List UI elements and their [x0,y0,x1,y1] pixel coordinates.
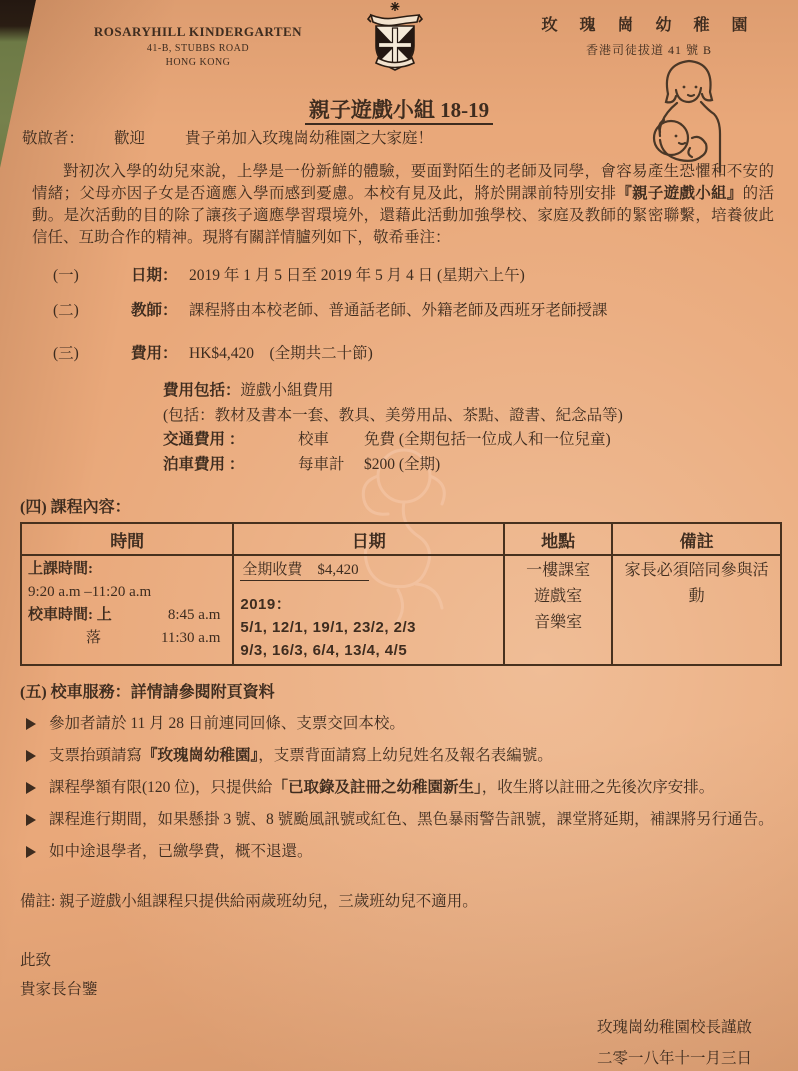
section5-heading: (五) 校車服務：詳情請參閱附頁資料 [20,679,782,702]
bullet-item: 如中途退學者，已繳學費，概不退還。 [20,839,782,864]
header-date: 日期 [233,523,504,555]
cell-remark: 家長必須陪同參與活動 [612,555,781,665]
item-number: (二) [53,301,131,321]
date-row-2: 9/3, 16/3, 6/4, 13/4, 4/5 [240,639,497,662]
arrowhead-icon [26,718,36,730]
salutation-prefix: 敬啟者： [22,130,84,147]
fee-transport-line: 交通費用 ： 校車 免費 (全期包括一位成人和一位兒童) [163,428,782,453]
venue-3: 音樂室 [511,610,605,636]
date-row-1: 5/1, 12/1, 19/1, 23/2, 2/3 [240,616,497,639]
item-number: (三) [53,344,131,364]
cell-date: 全期收費 $4,420 2019： 5/1, 12/1, 19/1, 23/2,… [233,555,504,665]
fee-parking-line: 泊車費用 ： 每車計 $200 (全期) [163,453,782,478]
remark-note-label: 備註: [20,893,55,910]
salutation-welcome: 歡迎 [114,130,145,147]
item-fee: (三) 費用： HK$4,420 (全期共二十節) [20,344,782,364]
bullet-item: 課程進行期間，如果懸掛 3 號、8 號颱風訊號或紅色、黑色暴雨警告訊號，課堂將延… [20,807,782,832]
bullet-list: 參加者請於 11 月 28 日前連同回條、支票交回本校。 支票抬頭請寫『玫瑰崗幼… [20,711,782,864]
fee-transport-item: 校車 [298,428,364,453]
numbered-items: (一) 日期： 2019 年 1 月 5 日至 2019 年 5 月 4 日 (… [20,266,782,364]
school-name-en: ROSARYHILL KINDERGARTEN [78,24,318,40]
intro-bold: 『親子遊戲小組』 [616,185,742,202]
bus-time-down: 落 11:30 a.m [28,627,226,650]
venue-1: 一樓課室 [511,558,605,584]
date-year: 2019： [240,593,497,616]
item-text: HK$4,420 (全期共二十節) [189,344,373,364]
arrowhead-icon [26,846,36,858]
letterhead-english: ROSARYHILL KINDERGARTEN 41-B, STUBBS ROA… [78,24,318,68]
section4-heading: (四) 課程內容： [20,494,782,517]
header-venue: 地點 [504,523,612,555]
arrowhead-icon [26,782,36,794]
fee-include-value: 遊戲小組費用 [241,379,334,404]
fee-parking-item: 每車計 [298,453,364,478]
course-table: 時間 日期 地點 備註 上課時間: 9:20 a.m –11:20 a.m 校車… [20,522,782,666]
item-number: (一) [53,266,131,286]
item-label: 費用： [131,344,189,364]
photo-of-letter: ROSARYHILL KINDERGARTEN 41-B, STUBBS ROA… [0,0,798,1071]
fee-transport-label: 交通費用 ： [163,428,298,453]
fee-parking-label: 泊車費用 ： [163,453,298,478]
cell-venue: 一樓課室 遊戲室 音樂室 [504,555,612,665]
header-time: 時間 [21,523,233,555]
class-time-label: 上課時間: [28,558,226,581]
letterhead-chinese: 玫 瑰 崗 幼 稚 園 香港司徒拔道 41 號 B [534,12,764,58]
page-title: 親子遊戲小組 18-19 [0,94,798,124]
item-date: (一) 日期： 2019 年 1 月 5 日至 2019 年 5 月 4 日 (… [20,266,782,286]
school-address-en-1: 41-B, STUBBS ROAD [78,43,318,54]
header-remark: 備註 [612,523,781,555]
course-table-row: 上課時間: 9:20 a.m –11:20 a.m 校車時間: 上 8:45 a… [21,555,781,665]
cell-time: 上課時間: 9:20 a.m –11:20 a.m 校車時間: 上 8:45 a… [21,555,233,665]
school-crest-icon [366,2,424,79]
course-table-header-row: 時間 日期 地點 備註 [21,523,781,555]
bullet-item: 支票抬頭請寫『玫瑰崗幼稚園』，支票背面請寫上幼兒姓名及報名表編號。 [20,743,782,768]
signature-block: 玫瑰崗幼稚園校長謹啟 二零一八年十一月三日 [20,1012,782,1071]
fee-transport-value: 免費 (全期包括一位成人和一位兒童) [364,428,611,453]
bullet-item: 課程學額有限(120 位)，只提供給「已取錄及註冊之幼稚園新生」，收生將以註冊之… [20,775,782,800]
class-time-value: 9:20 a.m –11:20 a.m [28,581,226,604]
signature-line: 玫瑰崗幼稚園校長謹啟 [20,1012,752,1043]
fee-parking-value: $200 (全期) [364,453,440,478]
signature-date: 二零一八年十一月三日 [20,1043,752,1071]
remark-note-text: 親子遊戲小組課程只提供給兩歲班幼兒，三歲班幼兒不適用。 [55,893,477,910]
fee-include-line: 費用包括： 遊戲小組費用 [163,379,782,404]
arrowhead-icon [26,750,36,762]
bullet-item: 參加者請於 11 月 28 日前連同回條、支票交回本校。 [20,711,782,736]
term-fee: 全期收費 $4,420 [240,558,368,581]
item-label: 教師： [131,301,189,321]
letter-paper: ROSARYHILL KINDERGARTEN 41-B, STUBBS ROA… [0,0,798,1071]
item-teacher: (二) 教師： 課程將由本校老師、普通話老師、外籍老師及西班牙老師授課 [20,301,782,321]
item-label: 日期： [131,266,189,286]
school-address-en-2: HONG KONG [78,57,318,68]
salutation-rest: 貴子弟加入玫瑰崗幼稚園之大家庭！ [185,130,433,147]
closing-addressee: 貴家長台鑒 [20,977,782,999]
fee-include-label: 費用包括： [163,379,241,404]
item-text: 課程將由本校老師、普通話老師、外籍老師及西班牙老師授課 [189,301,608,321]
bus-time-up: 校車時間: 上 8:45 a.m [28,604,226,627]
closing-to: 此致 [20,948,782,970]
school-name-zh: 玫 瑰 崗 幼 稚 園 [534,12,764,35]
remark-note: 備註: 親子遊戲小組課程只提供給兩歲班幼兒，三歲班幼兒不適用。 [20,889,782,911]
item-text: 2019 年 1 月 5 日至 2019 年 5 月 4 日 (星期六上午) [189,266,525,286]
venue-2: 遊戲室 [511,584,605,610]
fee-details: 費用包括： 遊戲小組費用 (包括：教材及書本一套、教具、美勞用品、茶點、證書、紀… [163,379,782,477]
fee-include-note: (包括：教材及書本一套、教具、美勞用品、茶點、證書、紀念品等) [163,404,782,429]
arrowhead-icon [26,814,36,826]
